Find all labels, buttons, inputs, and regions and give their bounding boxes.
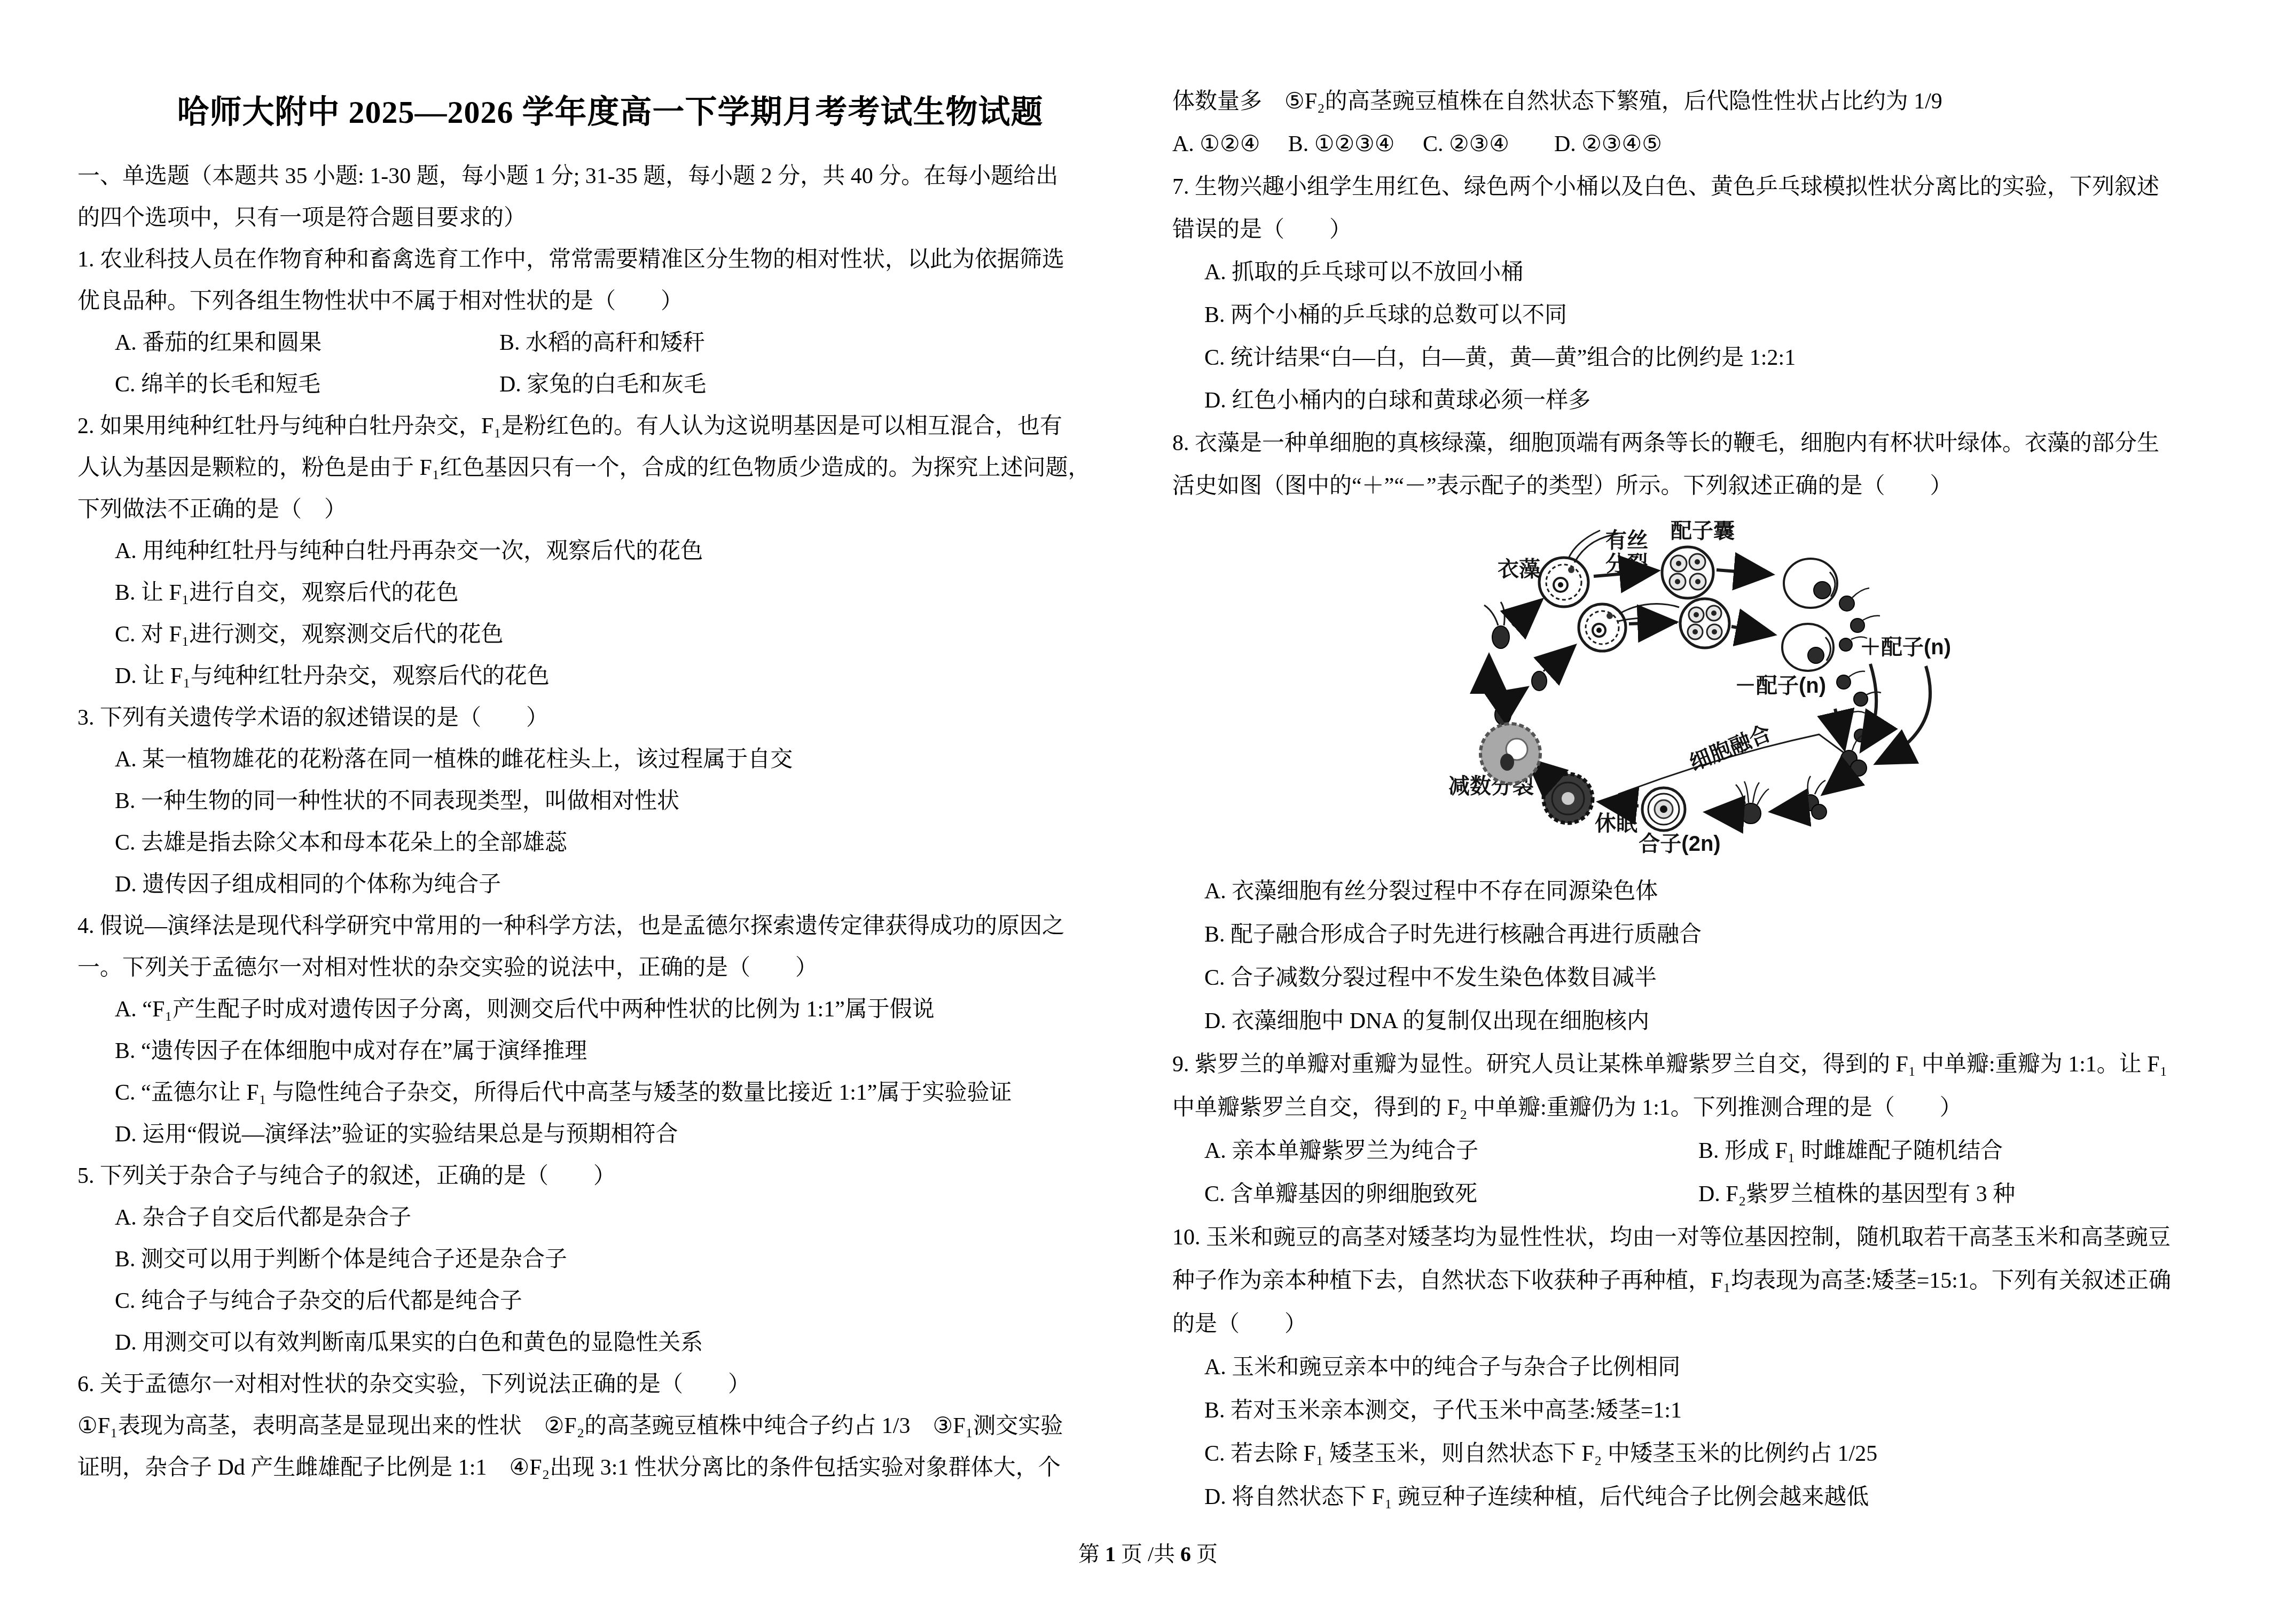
text-line: 5. 下列关于杂合子与纯合子的叙述，正确的是（ ） [77, 1155, 616, 1197]
text-line: C. 若去除 F₁ 矮茎玉米，则自然状态下 F₂ 中矮茎玉米的比例约占 1/25 [1204, 1432, 1877, 1476]
minus-gamete-label: －配子(n) [1735, 674, 1826, 698]
footer-page-number: 1 [1100, 1542, 1121, 1566]
footer-prefix: 第 [1078, 1542, 1100, 1566]
text-line: 中单瓣紫罗兰自交，得到的 F₂ 中单瓣:重瓣仍为 1:1。下列推测合理的是（ ） [1172, 1086, 1962, 1130]
burst-gametangium [1782, 624, 1833, 671]
text-line: 一。下列关于孟德尔一对相对性状的杂交实验的说法中，正确的是（ ） [77, 947, 818, 989]
dormancy-label: 休眠 [1595, 812, 1638, 835]
zygote-label: 合子(2n) [1639, 832, 1720, 856]
gametangium [1680, 599, 1729, 648]
text-line: B. 测交可以用于判断个体是纯合子还是杂合子 [115, 1239, 567, 1280]
option-a: C. 含单瓣基因的卵细胞致死 [1204, 1173, 1698, 1216]
option-b: D. F₂紫罗兰植株的基因型有 3 种 [1698, 1182, 2015, 1207]
text-line: A. 某一植物雄花的花粉落在同一植株的雌花柱头上，该过程属于自交 [115, 739, 793, 780]
text-line: D. 遗传因子组成相同的个体称为纯合子 [115, 864, 501, 905]
text-line: 证明，杂合子 Dd 产生雌雄配子比例是 1:1 ④F₂出现 3:1 性状分离比的… [77, 1447, 1061, 1489]
option-b: B. 形成 F₁ 时雌雄配子随机结合 [1698, 1139, 2003, 1163]
text-line: 的四个选项中，只有一项是符合题目要求的） [77, 197, 526, 239]
gametangium-label: 配子囊 [1671, 521, 1735, 543]
text-line: 的是（ ） [1172, 1303, 1307, 1346]
footer-total-pages: 6 [1175, 1542, 1196, 1566]
text-line: 一、单选题（本题共 35 小题: 1-30 题，每小题 1 分; 31-35 题… [77, 155, 1058, 197]
option-pair-line: A. 番茄的红果和圆果B. 水稻的高秆和矮秆 [115, 322, 705, 364]
text-line: 4. 假说—演绎法是现代科学研究中常用的一种科学方法，也是孟德尔探索遗传定律获得… [77, 905, 1064, 947]
footer-middle: 页 /共 [1121, 1542, 1175, 1566]
text-line: C. “孟德尔让 F₁ 与隐性纯合子杂交，所得后代中高茎与矮茎的数量比接近 1:… [115, 1072, 1012, 1114]
text-line: C. 去雄是指去除父本和母本花朵上的全部雄蕊 [115, 822, 567, 864]
text-line: A. 玉米和豌豆亲本中的纯合子与杂合子比例相同 [1204, 1346, 1680, 1389]
option-a: C. 绵羊的长毛和短毛 [115, 364, 499, 405]
text-line: 6. 关于孟德尔一对相对性状的杂交实验，下列说法正确的是（ ） [77, 1364, 750, 1405]
option-pair-line: A. 亲本单瓣紫罗兰为纯合子B. 形成 F₁ 时雌雄配子随机结合 [1204, 1130, 2003, 1173]
gametangium [1662, 547, 1713, 598]
option-b: D. 家兔的白毛和灰毛 [499, 372, 706, 397]
text-line: 种子作为亲本种植下去，自然状态下收获种子再种植，F₁均表现为高茎:矮茎=15:1… [1172, 1259, 2171, 1303]
text-line: D. 让 F₁与纯种红牡丹杂交，观察后代的花色 [115, 655, 550, 697]
quadriflagellate-cell [1741, 803, 1761, 824]
text-line: 3. 下列有关遗传学术语的叙述错误的是（ ） [77, 697, 548, 739]
option-pair-line: C. 绵羊的长毛和短毛D. 家兔的白毛和灰毛 [115, 364, 706, 405]
swarm-cell [1532, 671, 1547, 691]
left-column: 一、单选题（本题共 35 小题: 1-30 题，每小题 1 分; 31-35 题… [77, 0, 1143, 1621]
text-line: B. 一种生物的同一种性状的不同表现类型，叫做相对性状 [115, 780, 679, 822]
text-line: C. 对 F₁进行测交，观察测交后代的花色 [115, 614, 504, 655]
text-line: 下列做法不正确的是（ ） [77, 489, 347, 530]
text-line: D. 衣藻细胞中 DNA 的复制仅出现在细胞核内 [1204, 1000, 1649, 1043]
text-line: D. 将自然状态下 F₁ 豌豆种子连续种植，后代纯合子比例会越来越低 [1204, 1476, 1869, 1519]
option-pair-line: C. 含单瓣基因的卵细胞致死D. F₂紫罗兰植株的基因型有 3 种 [1204, 1173, 2015, 1216]
text-line: C. 纯合子与纯合子杂交的后代都是纯合子 [115, 1280, 522, 1322]
text-line: 优良品种。下列各组生物性状中不属于相对性状的是（ ） [77, 280, 683, 322]
swarm-cell [1492, 626, 1509, 648]
text-line: A. 衣藻细胞有丝分裂过程中不存在同源染色体 [1204, 870, 1658, 913]
exam-page: 哈师大附中 2025—2026 学年度高一下学期月考考试生物试题 一、单选题（本… [0, 0, 2296, 1621]
text-line: D. 用测交可以有效判断南瓜果实的白色和黄色的显隐性关系 [115, 1322, 703, 1364]
option-a: A. 亲本单瓣紫罗兰为纯合子 [1204, 1130, 1698, 1173]
text-line: A. 杂合子自交后代都是杂合子 [115, 1197, 411, 1239]
option-b: B. 水稻的高秆和矮秆 [499, 331, 705, 355]
chlamydomonas-life-cycle-diagram: 衣藻 有丝 分裂 配子囊 ＋配子(n) [1389, 521, 1987, 873]
option-a: A. 番茄的红果和圆果 [115, 322, 499, 364]
text-line: B. 配子融合形成合子时先进行核融合再进行质融合 [1204, 913, 1702, 957]
text-line: A. “F₁产生配子时成对遗传因子分离，则测交后代中两种性状的比例为 1:1”属… [115, 989, 935, 1030]
text-line: 人认为基因是颗粒的，粉色是由于 F₁红色基因只有一个，合成的红色物质少造成的。为… [77, 447, 1091, 489]
text-line: ①F₁表现为高茎，表明高茎是显现出来的性状 ②F₂的高茎豌豆植株中纯合子约占 1… [77, 1405, 1063, 1447]
swarm-cell [1495, 704, 1511, 725]
text-line: A. 用纯种红牡丹与纯种白牡丹再杂交一次，观察后代的花色 [115, 530, 703, 572]
plus-gamete-label: ＋配子(n) [1860, 636, 1951, 659]
text-line: 10. 玉米和豌豆的高茎对矮茎均为显性性状，均由一对等位基因控制，随机取若干高茎… [1172, 1216, 2170, 1259]
text-line: C. 合子减数分裂过程中不发生染色体数目减半 [1204, 957, 1657, 1000]
text-line: 1. 农业科技人员在作物育种和畜禽选育工作中，常常需要精准区分生物的相对性状，以… [77, 239, 1064, 280]
cell-fusion-label: 细胞融合 [1687, 722, 1775, 776]
text-line: 9. 紫罗兰的单瓣对重瓣为显性。研究人员让某株单瓣紫罗兰自交，得到的 F₁ 中单… [1172, 1043, 2167, 1086]
chlamydomonas-label: 衣藻 [1498, 558, 1540, 581]
text-line: 2. 如果用纯种红牡丹与纯种白牡丹杂交，F₁是粉红色的。有人认为这说明基因是可以… [77, 405, 1062, 447]
text-line: B. 若对玉米亲本测交，子代玉米中高茎:矮茎=1:1 [1204, 1389, 1682, 1432]
burst-gametangium [1784, 559, 1837, 608]
text-line: B. 让 F₁进行自交，观察后代的花色 [115, 572, 459, 614]
text-line: D. 运用“假说—演绎法”验证的实验结果总是与预期相符合 [115, 1114, 678, 1155]
mitosis-label-line1: 有丝 [1605, 529, 1648, 552]
footer-suffix: 页 [1196, 1542, 1218, 1566]
page-footer: 第1页 /共6页 [0, 1537, 2296, 1568]
text-line: B. “遗传因子在体细胞中成对存在”属于演绎推理 [115, 1030, 587, 1072]
